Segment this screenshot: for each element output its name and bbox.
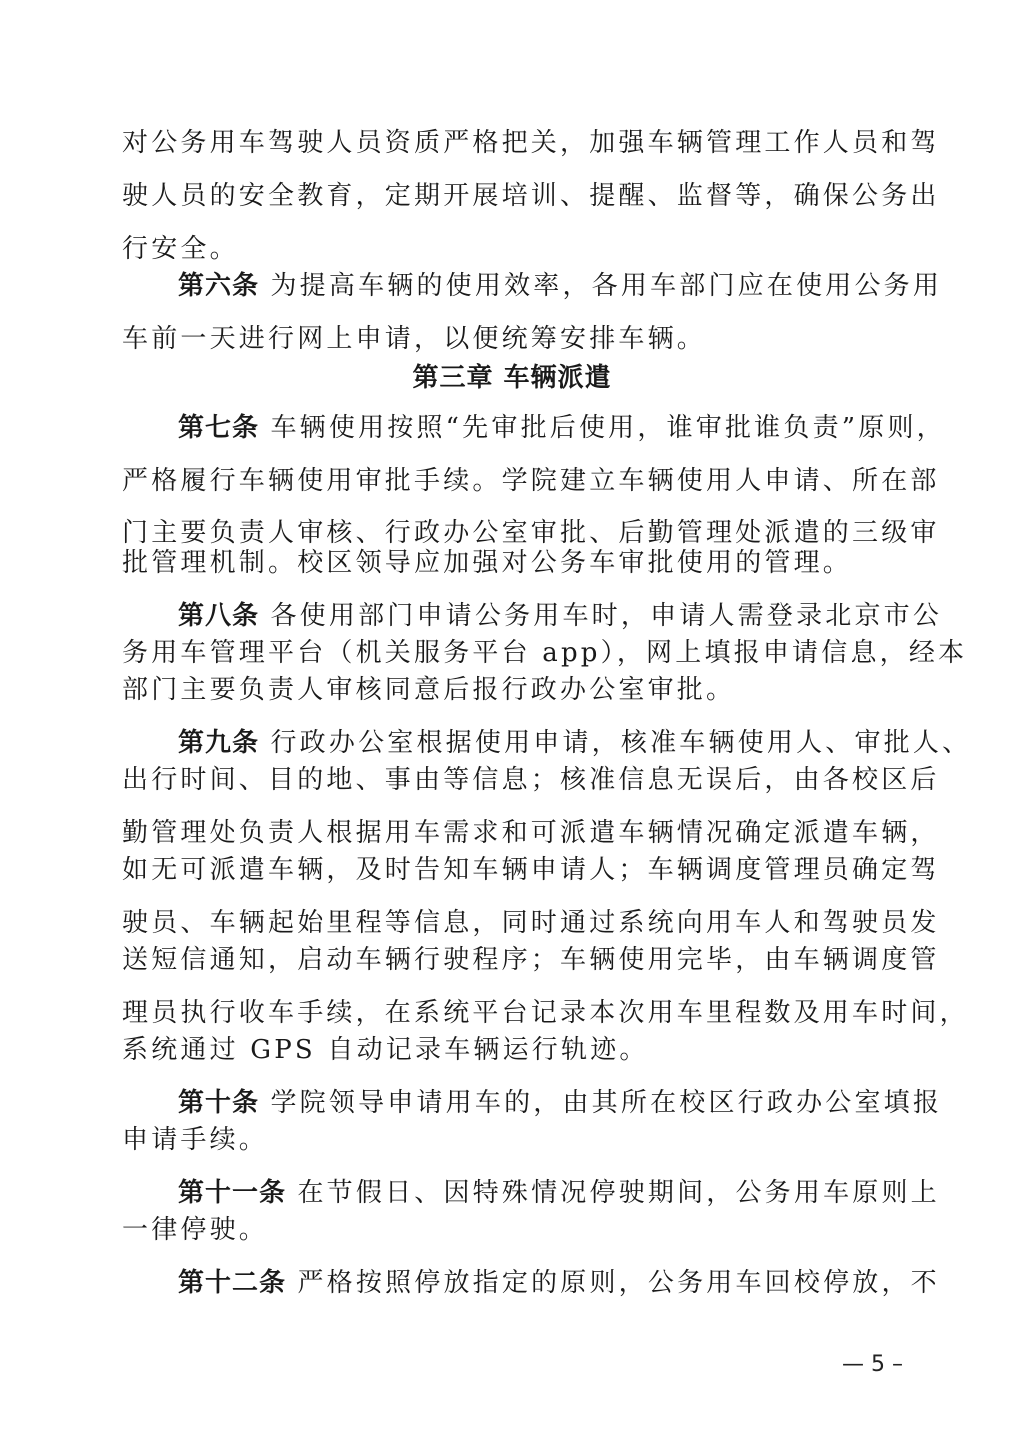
page-number: — 5 – xyxy=(842,1352,903,1377)
paragraph-line: 如无可派遣车辆，及时告知车辆申请人；车辆调度管理员确定驾 xyxy=(122,855,940,885)
article-label: 第十一条 xyxy=(178,1178,286,1208)
paragraph-line: 驶员、车辆起始里程等信息，同时通过系统向用车人和驾驶员发 xyxy=(122,908,940,938)
chapter-heading: 第三章 车辆派遣 xyxy=(122,363,902,393)
paragraph-line: 送短信通知，启动车辆行驶程序；车辆使用完毕，由车辆调度管 xyxy=(122,945,940,975)
article-label: 第六条 xyxy=(178,271,259,301)
article-6: 第六条 为提高车辆的使用效率，各用车部门应在使用公务用 xyxy=(178,271,942,301)
article-text: 行政办公室根据使用申请，核准车辆使用人、审批人、 xyxy=(270,728,971,758)
paragraph-line: 批管理机制。校区领导应加强对公务车审批使用的管理。 xyxy=(122,548,852,578)
article-9: 第九条 行政办公室根据使用申请，核准车辆使用人、审批人、 xyxy=(178,728,971,758)
article-text: 各使用部门申请公务用车时，申请人需登录北京市公 xyxy=(270,601,942,631)
paragraph-line: 部门主要负责人审核同意后报行政办公室审批。 xyxy=(122,675,735,705)
paragraph-line: 务用车管理平台（机关服务平台 app），网上填报申请信息，经本 xyxy=(122,638,967,668)
article-text: 在节假日、因特殊情况停驶期间，公务用车原则上 xyxy=(297,1178,939,1208)
article-label: 第九条 xyxy=(178,728,259,758)
paragraph-line: 理员执行收车手续，在系统平台记录本次用车里程数及用车时间， xyxy=(122,998,969,1028)
paragraph-line: 勤管理处负责人根据用车需求和可派遣车辆情况确定派遣车辆， xyxy=(122,818,940,848)
article-label: 第七条 xyxy=(178,413,259,443)
article-11: 第十一条 在节假日、因特殊情况停驶期间，公务用车原则上 xyxy=(178,1178,940,1208)
paragraph-line: 门主要负责人审核、行政办公室审批、后勤管理处派遣的三级审 xyxy=(122,518,940,548)
paragraph-line: 对公务用车驾驶人员资质严格把关，加强车辆管理工作人员和驾 xyxy=(122,128,940,158)
paragraph-line: 出行时间、目的地、事由等信息；核准信息无误后，由各校区后 xyxy=(122,765,940,795)
paragraph-line: 行安全。 xyxy=(122,234,239,264)
article-8: 第八条 各使用部门申请公务用车时，申请人需登录北京市公 xyxy=(178,601,942,631)
article-7: 第七条 车辆使用按照“先审批后使用，谁审批谁负责”原则， xyxy=(178,413,946,443)
paragraph-line: 一律停驶。 xyxy=(122,1215,268,1245)
article-10: 第十条 学院领导申请用车的，由其所在校区行政办公室填报 xyxy=(178,1088,942,1118)
paragraph-line: 驶人员的安全教育，定期开展培训、提醒、监督等，确保公务出 xyxy=(122,181,940,211)
paragraph-line: 严格履行车辆使用审批手续。学院建立车辆使用人申请、所在部 xyxy=(122,466,940,496)
article-label: 第十条 xyxy=(178,1088,259,1118)
article-text: 严格按照停放指定的原则，公务用车回校停放，不 xyxy=(297,1268,939,1298)
article-12: 第十二条 严格按照停放指定的原则，公务用车回校停放，不 xyxy=(178,1268,940,1298)
article-label: 第八条 xyxy=(178,601,259,631)
article-text: 为提高车辆的使用效率，各用车部门应在使用公务用 xyxy=(270,271,942,301)
article-text: 学院领导申请用车的，由其所在校区行政办公室填报 xyxy=(270,1088,942,1118)
paragraph-line: 车前一天进行网上申请，以便统筹安排车辆。 xyxy=(122,324,706,354)
paragraph-line: 申请手续。 xyxy=(122,1125,268,1155)
paragraph-line: 系统通过 GPS 自动记录车辆运行轨迹。 xyxy=(122,1035,649,1065)
article-label: 第十二条 xyxy=(178,1268,286,1298)
article-text: 车辆使用按照“先审批后使用，谁审批谁负责”原则， xyxy=(270,413,945,443)
